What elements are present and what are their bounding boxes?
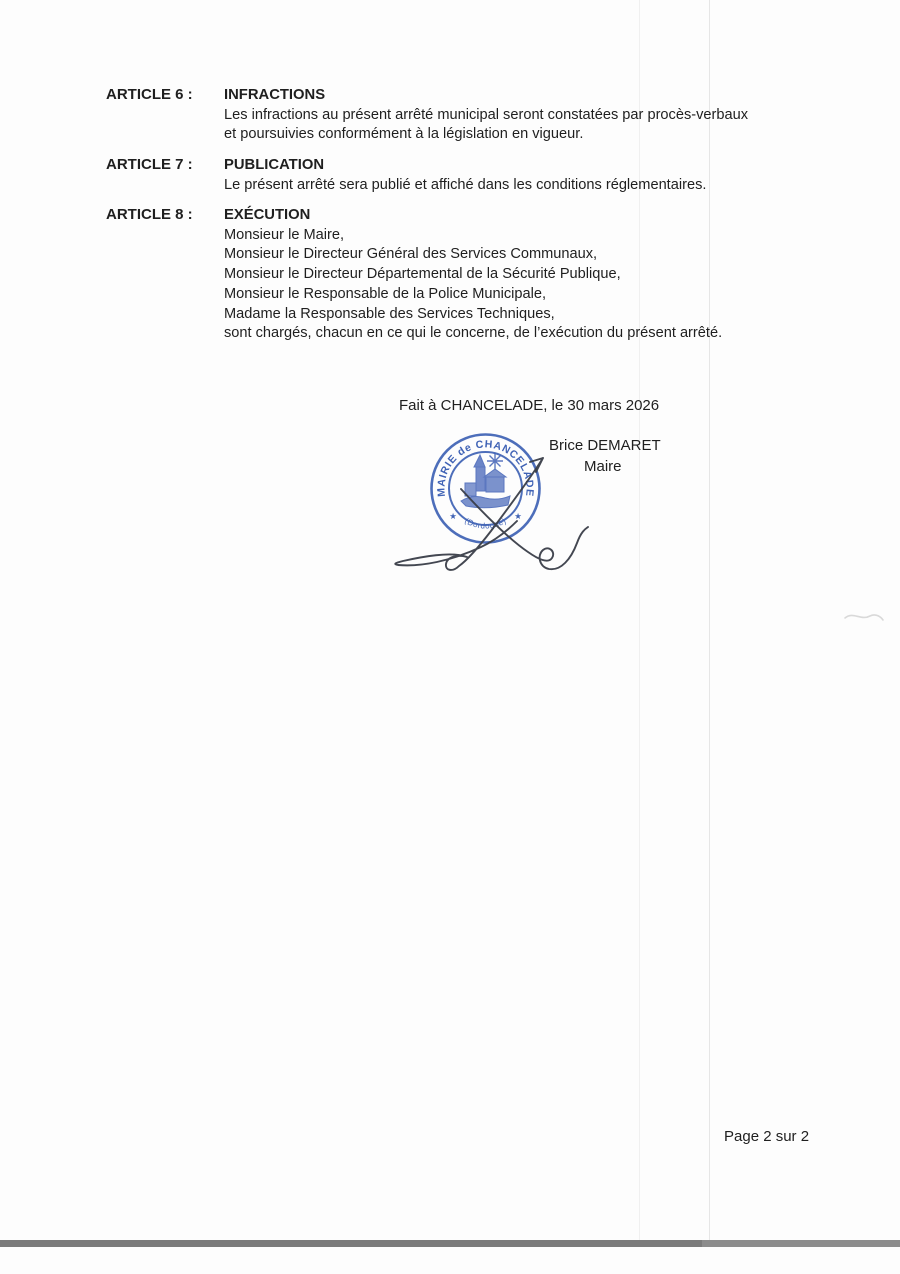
article-7-heading: PUBLICATION [224, 156, 824, 176]
article-8-label: ARTICLE 8 : [106, 206, 193, 223]
scan-artifact-squiggle [843, 608, 885, 628]
article-8-line: Monsieur le Directeur Départemental de l… [224, 265, 824, 285]
signature-graphic [391, 411, 596, 583]
article-6-heading: INFRACTIONS [224, 86, 824, 106]
article-6-block: INFRACTIONS Les infractions au présent a… [224, 86, 824, 145]
article-8-line: Monsieur le Maire, [224, 226, 824, 246]
article-6-line: Les infractions au présent arrêté munici… [224, 106, 824, 126]
article-8-line: Madame la Responsable des Services Techn… [224, 305, 824, 325]
article-7-label: ARTICLE 7 : [106, 156, 193, 173]
article-8-block: EXÉCUTION Monsieur le Maire, Monsieur le… [224, 206, 824, 344]
article-6-label: ARTICLE 6 : [106, 86, 193, 103]
article-6-line: et poursuivies conformément à la législa… [224, 125, 824, 145]
signature-ink [391, 411, 596, 583]
page-number-indicator: Page 2 sur 2 [724, 1128, 809, 1145]
scan-edge-bar [0, 1240, 900, 1247]
article-7-line: Le présent arrêté sera publié et affiché… [224, 176, 824, 196]
scanned-document-page: ARTICLE 6 : INFRACTIONS Les infractions … [0, 0, 900, 1274]
article-8-line: Monsieur le Directeur Général des Servic… [224, 245, 824, 265]
article-8-line: sont chargés, chacun en ce qui le concer… [224, 324, 824, 344]
article-8-heading: EXÉCUTION [224, 206, 824, 226]
article-8-line: Monsieur le Responsable de la Police Mun… [224, 285, 824, 305]
article-7-block: PUBLICATION Le présent arrêté sera publi… [224, 156, 824, 195]
